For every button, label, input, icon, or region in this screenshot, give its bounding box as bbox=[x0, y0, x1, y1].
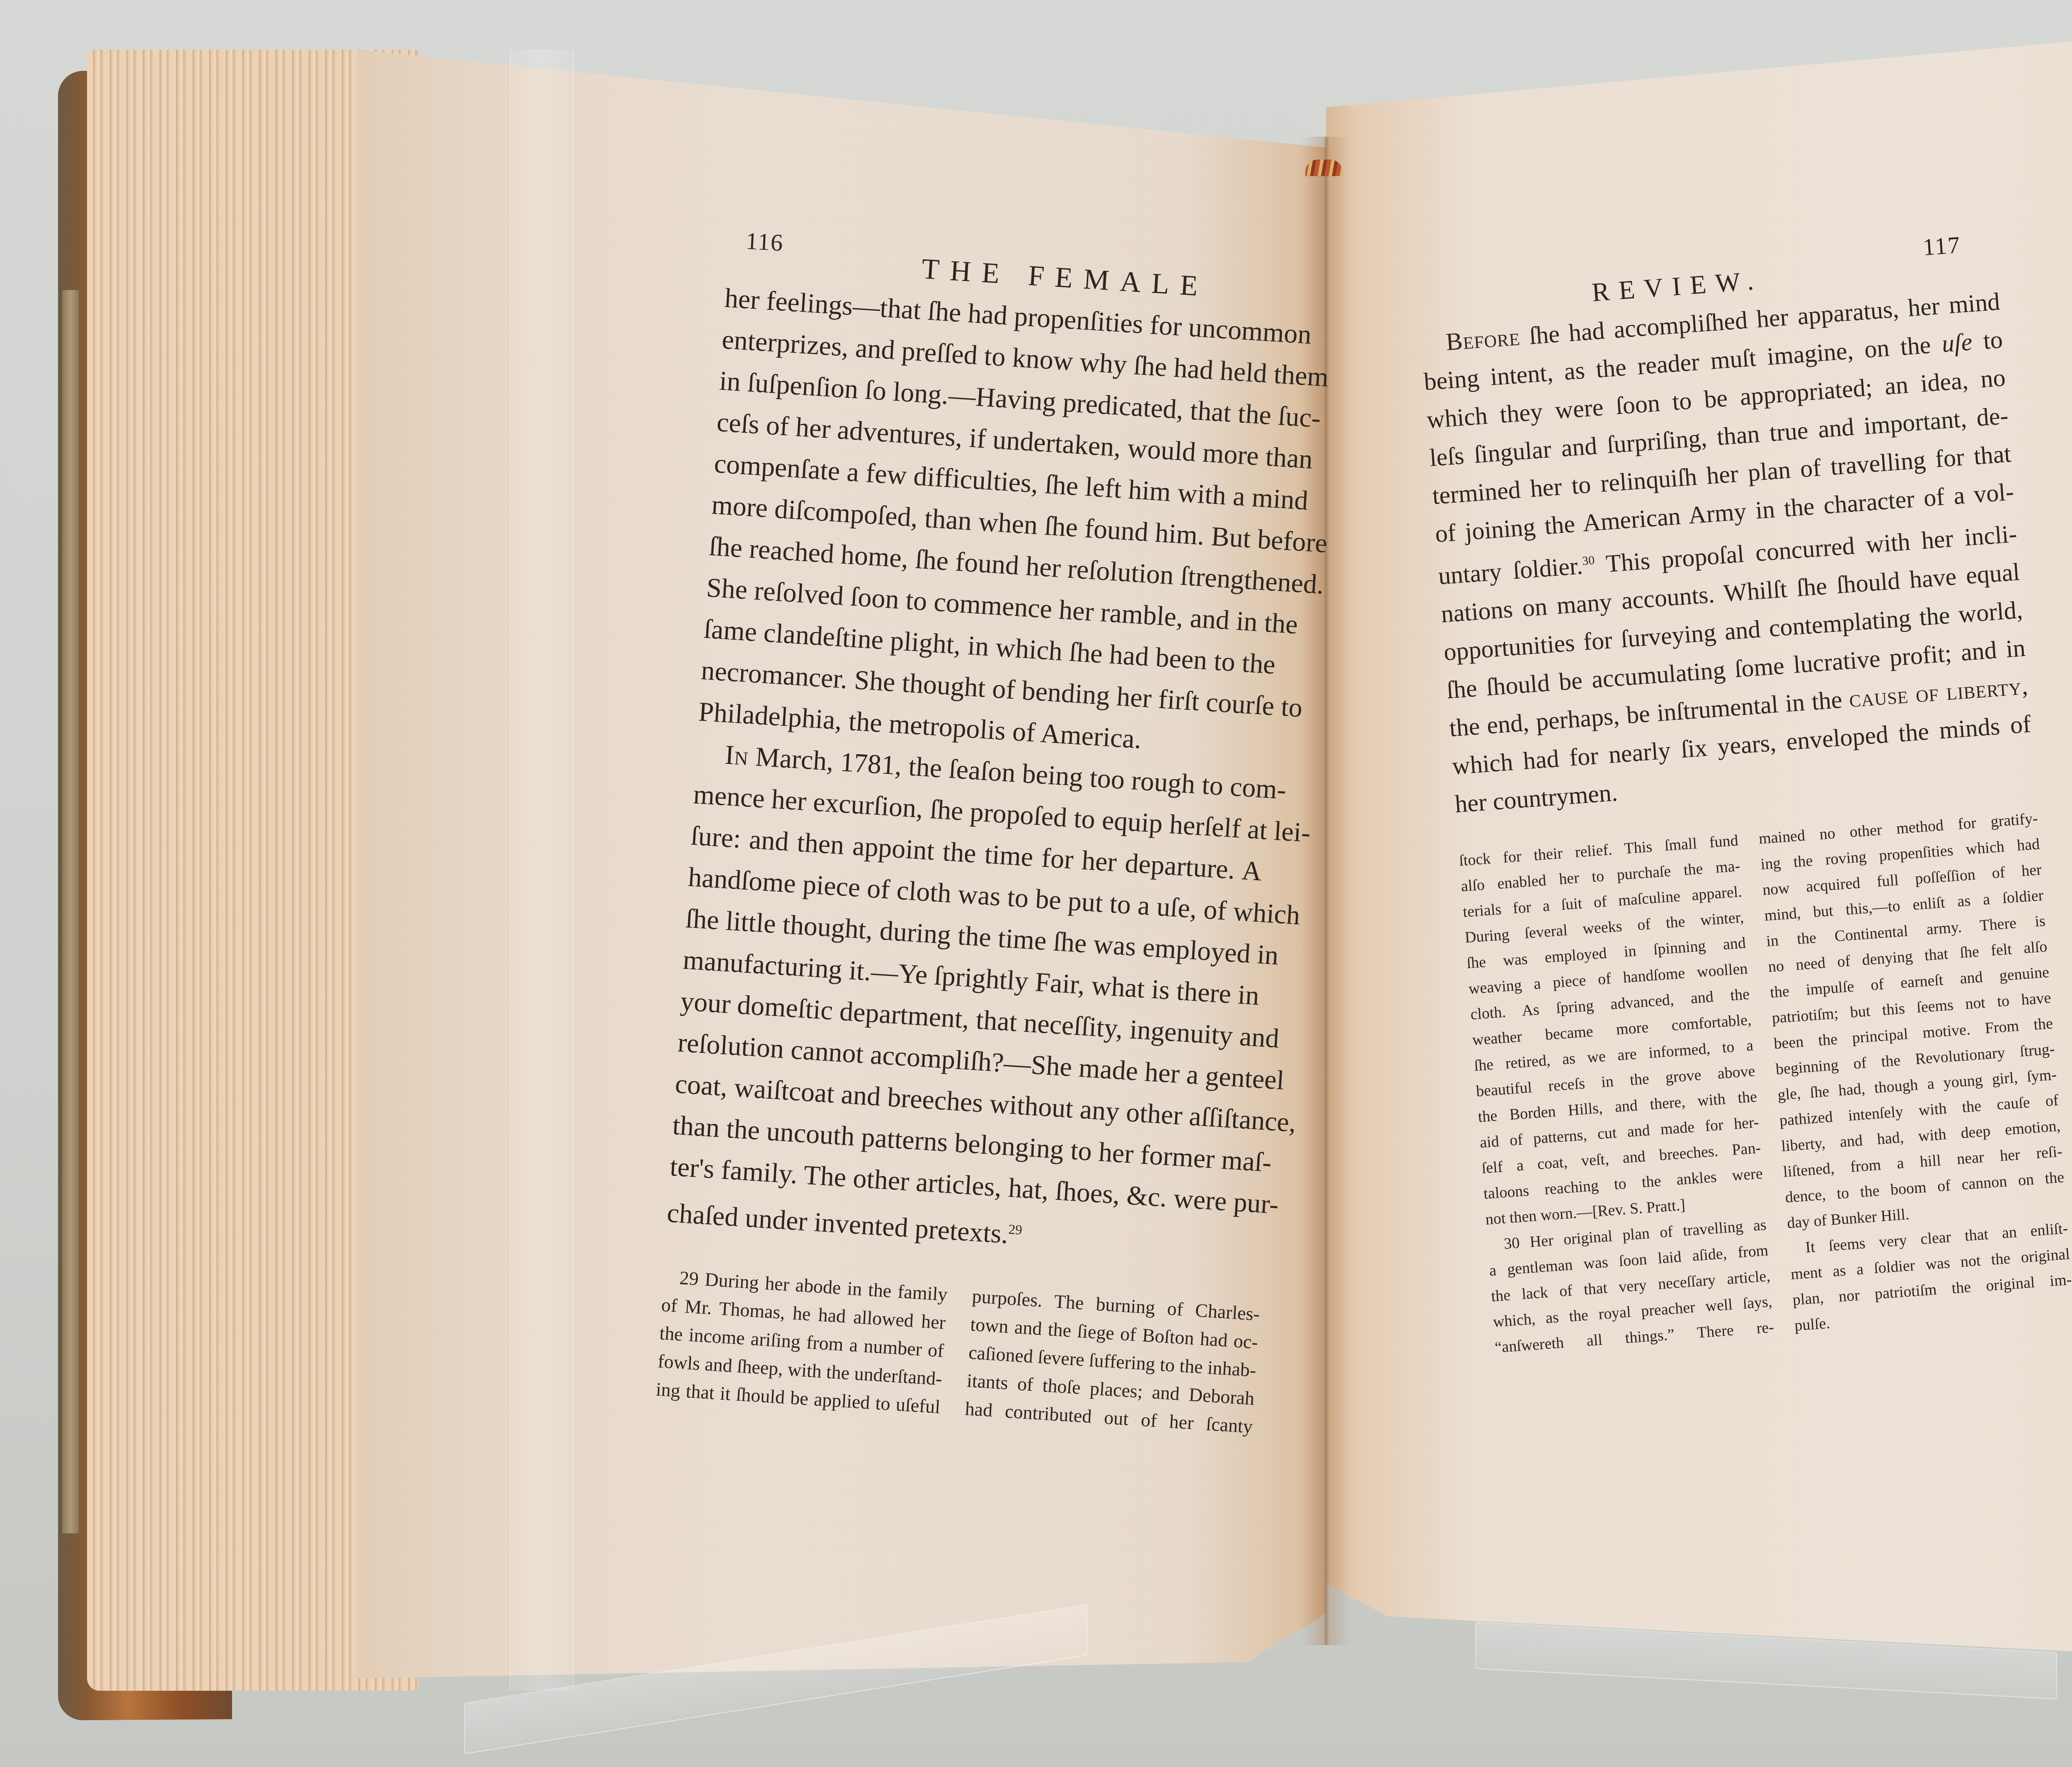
footnote-reference-30: 30 bbox=[1582, 553, 1595, 568]
right-page-text: REVIEW. Before ſhe had accompliſhed her … bbox=[1417, 247, 2072, 1360]
paragraph-2: In March, 1781, the ſeaſon being too rou… bbox=[666, 733, 1268, 1270]
paragraph-1: her feelings—that ſhe had propenſities f… bbox=[697, 278, 1297, 768]
small-caps-lead: In bbox=[724, 740, 750, 771]
text-fragment: to bbox=[1971, 326, 2004, 355]
footnote-column-2: purpoſes. The burning of Charles- town a… bbox=[964, 1282, 1261, 1441]
footnote-column-1: ſtock for their relief. This ſmall fund … bbox=[1458, 828, 1775, 1360]
italic-word: uſe bbox=[1941, 328, 1973, 357]
text-fragment: chaſed under invented pretexts. bbox=[666, 1198, 1009, 1249]
footnote-column-2: mained no other method for gratify- ing … bbox=[1758, 806, 2072, 1339]
small-caps-lead: Before bbox=[1445, 323, 1521, 356]
text-fragment: untary ſoldier. bbox=[1437, 552, 1583, 590]
mylar-page-strap bbox=[510, 50, 574, 1691]
paragraph-main: Before ſhe had accompliſhed her apparatu… bbox=[1420, 282, 2035, 823]
left-cloth-spine-edge bbox=[62, 290, 79, 1533]
headband bbox=[1305, 160, 1343, 176]
right-footnotes: ſtock for their relief. This ſmall fund … bbox=[1458, 806, 2072, 1360]
footnote-reference-29: 29 bbox=[1008, 1222, 1022, 1238]
footnote-column-1: 29 During her abode in the family of Mr.… bbox=[655, 1263, 948, 1421]
left-page-text: THE FEMALE her feelings—that ſhe had pro… bbox=[655, 224, 1300, 1439]
book-photograph: 116 117 THE FEMALE her feelings—that ſhe… bbox=[0, 0, 2072, 1767]
